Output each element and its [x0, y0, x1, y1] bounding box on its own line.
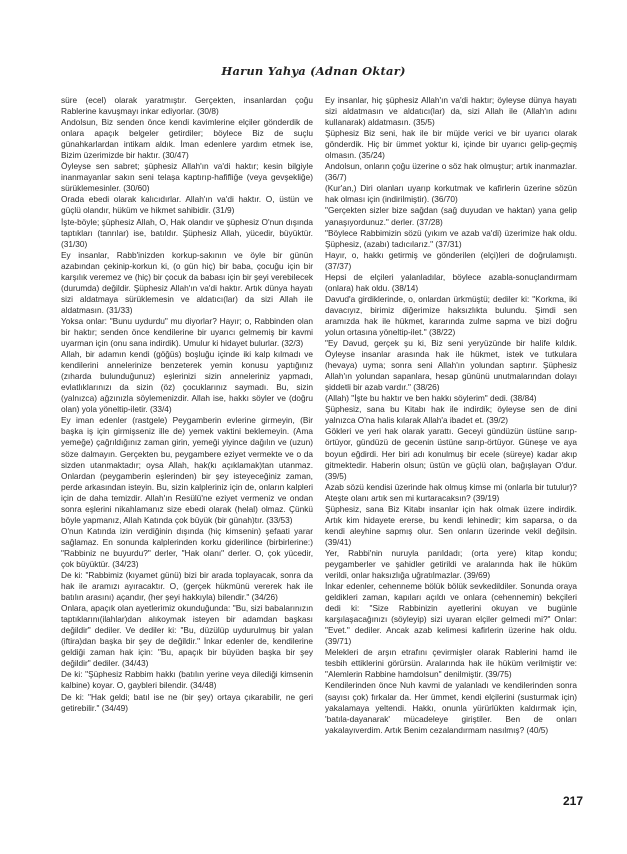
verse-paragraph: Azab sözü kendisi üzerinde hak olmuş kim…	[325, 482, 577, 504]
verse-paragraph: Ey insanlar, hiç şüphesiz Allah'ın va'di…	[325, 95, 577, 128]
verse-paragraph: Şüphesiz, sana bu Kitabı hak ile indirdi…	[325, 404, 577, 426]
verse-paragraph: Andolsun, onların çoğu üzerine o söz hak…	[325, 161, 577, 183]
book-page: Harun Yahya (Adnan Oktar) süre (ecel) ol…	[0, 0, 627, 854]
verse-paragraph: "Gerçekten sizler bize sağdan (sağ duyud…	[325, 205, 577, 227]
verse-paragraph: (Allah) "İşte bu haktır ve ben hakkı söy…	[325, 393, 577, 404]
page-number: 217	[540, 794, 583, 808]
verse-paragraph: Ey iman edenler (rastgele) Peygamberin e…	[61, 415, 313, 525]
verse-paragraph: Şüphesiz Biz seni, hak ile bir müjde ver…	[325, 128, 577, 161]
verse-paragraph: Öyleyse sen sabret; şüphesiz Allah'ın va…	[61, 161, 313, 194]
verse-paragraph: Gökleri ve yeri hak olarak yarattı. Gece…	[325, 426, 577, 481]
verse-paragraph: De ki: "Şüphesiz Rabbim hakkı (batılın y…	[61, 669, 313, 691]
verse-paragraph: Ey insanlar, Rabb'inizden korkup-sakının…	[61, 250, 313, 316]
verse-paragraph: Allah, bir adamın kendi (göğüs) boşluğu …	[61, 349, 313, 415]
verse-paragraph: "Böylece Rabbimizin sözü (yıkım ve azab …	[325, 228, 577, 250]
verse-paragraph: süre (ecel) olarak yaratmıştır. Gerçekte…	[61, 95, 313, 117]
verse-paragraph: İşte-böyle; şüphesiz Allah, O, Hak oland…	[61, 217, 313, 250]
verse-paragraph: Yoksa onlar: "Bunu uydurdu" mu diyorlar?…	[61, 316, 313, 349]
right-column: Ey insanlar, hiç şüphesiz Allah'ın va'di…	[325, 95, 577, 736]
verse-paragraph: "Ey Davud, gerçek şu ki, Biz seni yeryüz…	[325, 338, 577, 393]
verse-paragraph: O'nun Katında izin verdiğinin dışında (h…	[61, 526, 313, 570]
verse-paragraph: Andolsun, Biz senden önce kendi kavimler…	[61, 117, 313, 161]
verse-paragraph: Kendilerinden önce Nuh kavmi de yalanlad…	[325, 680, 577, 735]
left-column: süre (ecel) olarak yaratmıştır. Gerçekte…	[61, 95, 313, 714]
verse-paragraph: Orada ebedi olarak kalıcıdırlar. Allah'ı…	[61, 194, 313, 216]
verse-paragraph: Hayır, o, hakkı getirmiş ve gönderilen (…	[325, 250, 577, 272]
verse-paragraph: De ki: "Rabbimiz (kıyamet günü) bizi bir…	[61, 570, 313, 603]
verse-paragraph: Yer, Rabbi'nin nuruyla parıldadı; (orta …	[325, 548, 577, 581]
verse-paragraph: Hepsi de elçileri yalanladılar, böylece …	[325, 272, 577, 294]
verse-paragraph: De ki: "Hak geldi; batıl ise ne (bir şey…	[61, 692, 313, 714]
verse-paragraph: Melekleri de arşın etrafını çevirmişler …	[325, 647, 577, 680]
verse-paragraph: (Kur'an,) Diri olanları uyarıp korkutmak…	[325, 183, 577, 205]
verse-paragraph: Davud'a girdiklerinde, o, onlardan ürkmü…	[325, 294, 577, 338]
verse-paragraph: İnkar edenler, cehenneme bölük bölük sev…	[325, 581, 577, 647]
verse-paragraph: Şüphesiz, sana Biz Kitabı insanlar için …	[325, 504, 577, 548]
verse-paragraph: Onlara, apaçık olan ayetlerimiz okunduğu…	[61, 603, 313, 669]
running-title: Harun Yahya (Adnan Oktar)	[0, 64, 627, 78]
